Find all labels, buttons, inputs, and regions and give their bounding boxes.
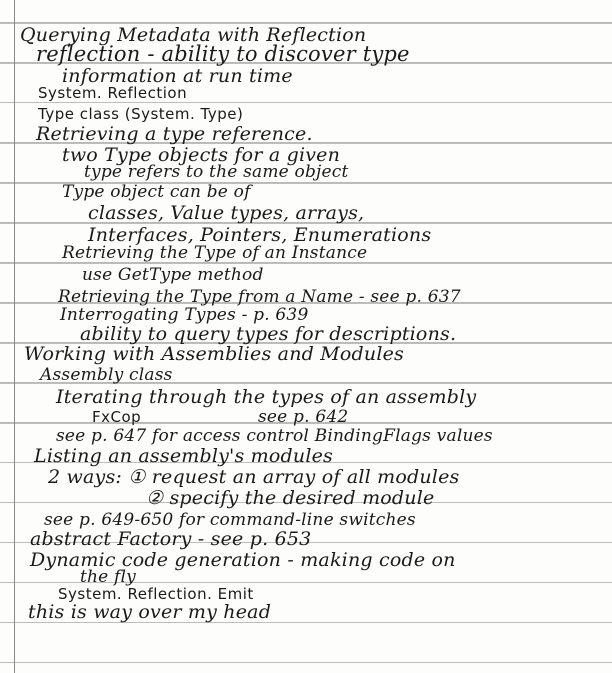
- note-line: Type object can be of: [62, 184, 251, 201]
- note-line: the fly: [80, 569, 136, 586]
- note-line: ability to query types for descriptions.: [80, 325, 456, 344]
- note-line: ② specify the desired module: [146, 489, 434, 508]
- heading-abstract-factory: abstract Factory - see p. 653: [30, 530, 311, 549]
- rule-line: [0, 662, 612, 663]
- note-line: System. Reflection. Emit: [58, 587, 254, 602]
- heading-working-with-assemblies: Working with Assemblies and Modules: [24, 345, 404, 364]
- note-line: reflection - ability to discover type: [36, 44, 410, 65]
- note-line: see p. 647 for access control BindingFla…: [56, 428, 493, 445]
- note-line: type refers to the same object: [84, 164, 349, 181]
- note-subheading: Assembly class: [40, 367, 173, 384]
- note-line: System. Reflection: [38, 86, 187, 101]
- note-line: classes, Value types, arrays,: [88, 204, 364, 223]
- note-line: FxCop: [92, 410, 141, 425]
- note-subheading: Retrieving a type reference.: [36, 125, 313, 144]
- note-line: use GetType method: [82, 267, 264, 284]
- note-line: Type class (System. Type): [38, 107, 243, 122]
- rule-line: [0, 102, 612, 103]
- note-line: Iterating through the types of an assemb…: [56, 388, 476, 407]
- note-subheading: Retrieving the Type from a Name - see p.…: [58, 289, 461, 306]
- note-line: 2 ways: ① request an array of all module…: [48, 468, 459, 487]
- note-subheading: Listing an assembly's modules: [34, 447, 333, 466]
- note-subheading: Interrogating Types - p. 639: [60, 307, 308, 324]
- note-subheading: Retrieving the Type of an Instance: [62, 245, 367, 262]
- margin-line: [14, 0, 15, 673]
- note-line: see p. 649-650 for command-line switches: [44, 512, 416, 529]
- note-page-reference: see p. 642: [258, 409, 348, 426]
- note-line: this is way over my head: [28, 603, 271, 622]
- rule-line: [0, 263, 612, 264]
- notebook-page: Querying Metadata with Reflection reflec…: [0, 0, 612, 673]
